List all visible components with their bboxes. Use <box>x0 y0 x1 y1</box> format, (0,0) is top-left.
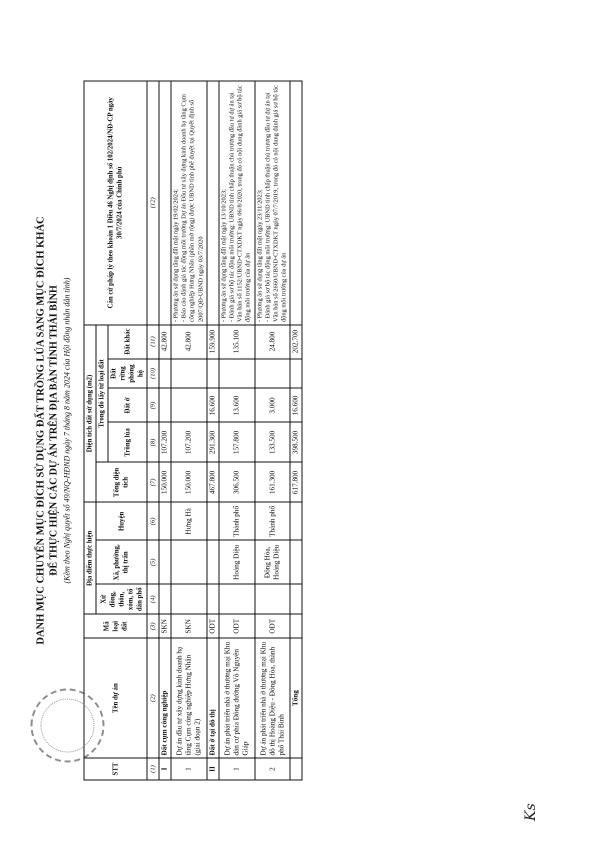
cell-code: ODT <box>254 614 290 638</box>
table-row: 2Dự án phát triển nhà ở thương mại Khu đ… <box>254 81 290 780</box>
index-cell: (4) <box>147 584 159 614</box>
cell-commune: Hoàng Diệu <box>218 540 254 584</box>
handwritten-signature: Ks <box>523 799 563 821</box>
header-location: Địa điểm thực hiện <box>84 502 96 614</box>
header-rice: Trồng lúa <box>108 422 147 462</box>
header-total-area: Tổng diện tích <box>96 462 147 502</box>
cell-project: Dự án phát triển nhà ở thương mại Khu đô… <box>254 638 290 758</box>
total-empty <box>290 584 302 614</box>
header-stt: STT <box>84 758 147 780</box>
cell-other: 42.800 <box>159 324 171 358</box>
total-row: Tổng 617.800 398.500 16.600 202.700 <box>290 81 302 780</box>
header-village: Xứ đồng, thôn, xóm, tổ dân phố <box>96 584 147 614</box>
total-empty <box>290 540 302 584</box>
header-area: Diện tích đất sử dụng (m2) <box>84 324 96 502</box>
total-empty <box>290 758 302 780</box>
cell-forest <box>159 358 171 388</box>
index-cell: (2) <box>147 638 159 758</box>
cell-stt: 1 <box>171 758 207 780</box>
index-cell: (11) <box>147 324 159 358</box>
index-cell: (6) <box>147 502 159 540</box>
cell-residential: 3.000 <box>254 388 290 422</box>
rotated-page: DANH MỤC CHUYỂN MỤC ĐÍCH SỬ DỤNG ĐẤT TRỒ… <box>0 0 595 842</box>
header-other: Đất khác <box>108 324 147 358</box>
total-area-sum: 617.800 <box>290 462 302 502</box>
cell-stt: 1 <box>218 758 254 780</box>
index-cell: (1) <box>147 758 159 780</box>
title-line-1: DANH MỤC CHUYỂN MỤC ĐÍCH SỬ DỤNG ĐẤT TRỒ… <box>34 80 47 780</box>
header-residential: Đất ở <box>108 388 147 422</box>
cell-basis: - Phương án sử dụng tầng đất mặt ngày 13… <box>218 81 254 325</box>
cell-rice: 107.200 <box>159 422 171 462</box>
total-empty <box>290 614 302 638</box>
cell-code: SKN <box>159 614 171 638</box>
land-use-table: STT Tên dự án Mã loại đất Địa điểm thực … <box>83 80 302 780</box>
cell-residential <box>171 388 207 422</box>
header-forest: Đất rừng phòng hộ <box>108 358 147 388</box>
cell-code: ODT <box>206 614 218 638</box>
cell-other: 135.100 <box>218 324 254 358</box>
official-stamp <box>30 688 104 762</box>
index-cell: (10) <box>147 358 159 388</box>
cell-other: 24.800 <box>254 324 290 358</box>
index-cell: (12) <box>147 81 159 325</box>
cell-forest <box>218 358 254 388</box>
index-cell: (8) <box>147 422 159 462</box>
cell-basis <box>159 81 171 325</box>
cell-residential: 16.600 <box>206 388 218 422</box>
cell-district: Hưng Hà <box>171 502 207 540</box>
cell-stt: 2 <box>254 758 290 780</box>
cell-project: Dự án đầu tư xây dựng kinh doanh hạ tầng… <box>171 638 207 758</box>
cell-rice: 291.300 <box>206 422 218 462</box>
table-row: 1Dự án đầu tư xây dựng kinh doanh hạ tần… <box>171 81 207 780</box>
cell-project: Đất cụm công nghiệp <box>159 638 171 758</box>
cell-total: 467.800 <box>206 462 218 502</box>
column-index-row: (1) (2) (3) (4) (5) (6) (7) (8) (9) (10)… <box>147 81 159 780</box>
table-row: 1Dự án phát triển nhà ở thương mại Khu d… <box>218 81 254 780</box>
cell-village <box>254 584 290 614</box>
cell-project: Dự án phát triển nhà ở thương mại Khu dâ… <box>218 638 254 758</box>
cell-village <box>218 584 254 614</box>
cell-basis <box>206 81 218 325</box>
title-line-2: ĐỂ THỰC HIỆN CÁC DỰ ÁN TRÊN ĐỊA BÀN TỈNH… <box>47 80 60 780</box>
header-land-code: Mã loại đất <box>84 614 147 638</box>
cell-total: 161.300 <box>254 462 290 502</box>
total-empty <box>290 81 302 325</box>
cell-district: Thành phố <box>254 502 290 540</box>
cell-rice: 107.200 <box>171 422 207 462</box>
cell-village <box>206 584 218 614</box>
cell-forest <box>171 358 207 388</box>
header-commune: Xã, phường, thị trấn <box>96 540 147 584</box>
cell-commune <box>159 540 171 584</box>
cell-code: ODT <box>218 614 254 638</box>
document-heading: DANH MỤC CHUYỂN MỤC ĐÍCH SỬ DỤNG ĐẤT TRỒ… <box>34 80 73 780</box>
cell-district <box>159 502 171 540</box>
cell-other: 159.900 <box>206 324 218 358</box>
cell-district <box>206 502 218 540</box>
cell-commune: Đông Hòa, Hoàng Diệu <box>254 540 290 584</box>
cell-commune <box>171 540 207 584</box>
cell-total: 150.000 <box>159 462 171 502</box>
cell-village <box>171 584 207 614</box>
index-cell: (7) <box>147 462 159 502</box>
cell-district: Thành phố <box>218 502 254 540</box>
header-district: Huyện <box>96 502 147 540</box>
index-cell: (3) <box>147 614 159 638</box>
cell-residential: 13.600 <box>218 388 254 422</box>
cell-other: 42.800 <box>171 324 207 358</box>
total-empty <box>290 502 302 540</box>
cell-project: Đất ở tại đô thị <box>206 638 218 758</box>
header-by-type: Trong đó lấy từ loại đất <box>96 324 108 462</box>
cell-total: 150.000 <box>171 462 207 502</box>
subtitle: (Kèm theo Nghị quyết số 49/NQ-HĐND ngày … <box>60 80 73 780</box>
total-label: Tổng <box>290 638 302 758</box>
cell-stt: II <box>206 758 218 780</box>
group-row: IIĐất ở tại đô thịODT467.800291.30016.60… <box>206 81 218 780</box>
cell-total: 306.500 <box>218 462 254 502</box>
total-forest-sum <box>290 358 302 388</box>
document-body: DANH MỤC CHUYỂN MỤC ĐÍCH SỬ DỤNG ĐẤT TRỒ… <box>34 80 302 780</box>
cell-rice: 157.800 <box>218 422 254 462</box>
total-rice-sum: 398.500 <box>290 422 302 462</box>
index-cell: (9) <box>147 388 159 422</box>
total-residential-sum: 16.600 <box>290 388 302 422</box>
cell-basis: - Phương án sử dụng tầng đất mặt ngày 23… <box>254 81 290 325</box>
cell-forest <box>206 358 218 388</box>
group-row: IĐất cụm công nghiệpSKN150.000107.20042.… <box>159 81 171 780</box>
header-basis: Căn cứ pháp lý theo khoản 1 Điều 46 Nghị… <box>84 81 147 325</box>
cell-village <box>159 584 171 614</box>
cell-code: SKN <box>171 614 207 638</box>
cell-residential <box>159 388 171 422</box>
cell-forest <box>254 358 290 388</box>
cell-stt: I <box>159 758 171 780</box>
total-other-sum: 202.700 <box>290 324 302 358</box>
cell-basis: - Phương án sử dụng tầng đất mặt ngày 19… <box>171 81 207 325</box>
cell-rice: 133.500 <box>254 422 290 462</box>
cell-commune <box>206 540 218 584</box>
index-cell: (5) <box>147 540 159 584</box>
